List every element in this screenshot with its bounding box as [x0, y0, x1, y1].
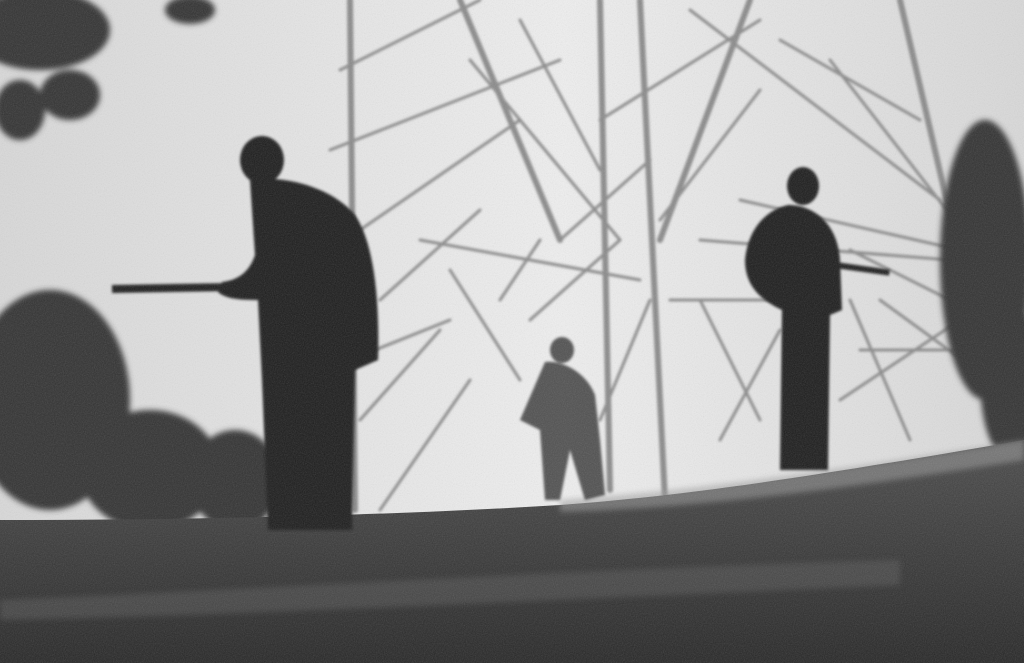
film-grain: [0, 0, 1024, 663]
photo-scene: [0, 0, 1024, 663]
photograph: Grainy monochrome still of three silhoue…: [0, 0, 1024, 663]
